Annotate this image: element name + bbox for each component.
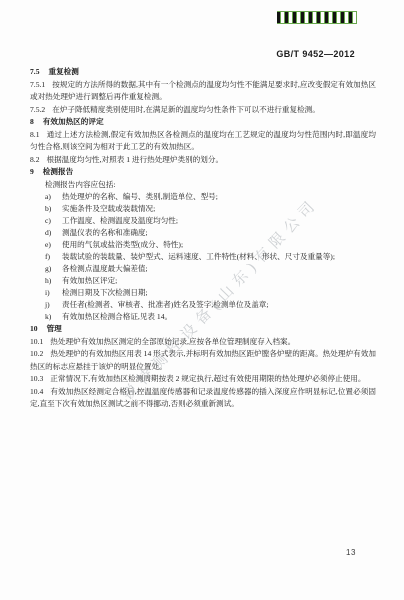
item-label: c) [45, 215, 51, 227]
heading-9: 9检测报告 [30, 166, 376, 179]
item-text: 有效加热区评定; [62, 276, 117, 285]
clause-8-1: 8.1通过上述方法检测,假定有效加热区各检测点的温度均在工艺规定的温度均匀性范围… [30, 129, 376, 154]
item-text: 装载试验的装载量、装炉型式、运料速度、工件特性(材料、形状、尺寸及重量等); [62, 252, 335, 261]
list-item: d)测温仪表的名称和准确度; [30, 227, 376, 239]
clause-10-1: 10.1热处理炉有效加热区测定的全部原始记录,应按各单位管理制度存入档案。 [30, 336, 376, 349]
item-text: 各检测点温度最大偏差值; [62, 264, 148, 273]
clause-number: 7.5.1 [30, 80, 52, 89]
clause-number: 8 [30, 117, 43, 126]
clause-number: 10.4 [30, 387, 50, 396]
list-item: k)有效加热区检测合格证,见表 14。 [30, 311, 376, 323]
clause-text: 根据温度均匀性,对照表 1 进行热处理炉类别的划分。 [47, 155, 224, 164]
list-item: j)责任者(检测者、审核者、批准者)姓名及签字,检测单位及盖章; [30, 299, 376, 311]
item-text: 实施条件及空载或装载情况; [62, 204, 155, 213]
item-label: g) [45, 263, 51, 275]
list-item: a)热处理炉的名称、编号、类别,制造单位、型号; [30, 191, 376, 203]
clause-text: 在炉子降低精度类别使用时,在满足新的温度均匀性条件下可以不进行重复检测。 [52, 105, 320, 114]
clause-number: 10 [30, 324, 47, 333]
clause-10-2: 10.2热处理炉的有效加热区用表 14 形式表示,并标明有效加热区距炉膛各炉壁的… [30, 348, 376, 373]
heading-text: 检测报告 [43, 167, 73, 176]
document-page: GB/T 9452—2012 7.5重复检测 7.5.1按规定的方法所得的数据,… [0, 0, 404, 600]
list-item: h)有效加热区评定; [30, 275, 376, 287]
item-text: 责任者(检测者、审核者、批准者)姓名及签字,检测单位及盖章; [62, 300, 269, 309]
clause-text: 有效加热区经测定合格后,控温温度传感器和记录温度传感器的插入深度应作明显标记,位… [30, 387, 376, 409]
list-item: e)使用的气氛或盐浴类型(成分、特性); [30, 239, 376, 251]
clause-10-4: 10.4有效加热区经测定合格后,控温温度传感器和记录温度传感器的插入深度应作明显… [30, 386, 376, 411]
item-text: 热处理炉的名称、编号、类别,制造单位、型号; [62, 192, 218, 201]
heading-8: 8有效加热区的评定 [30, 116, 376, 129]
clause-text: 热处理炉有效加热区测定的全部原始记录,应按各单位管理制度存入档案。 [50, 337, 295, 346]
heading-text: 管理 [47, 324, 62, 333]
clause-text: 按规定的方法所得的数据,其中有一个检测点的温度均匀性不能满足要求时,应改变假定有… [30, 80, 376, 102]
item-label: i) [45, 287, 50, 299]
standard-code: GB/T 9452—2012 [276, 49, 355, 59]
item-label: e) [45, 239, 51, 251]
page-number: 13 [346, 548, 356, 557]
clause-7-5-1: 7.5.1按规定的方法所得的数据,其中有一个检测点的温度均匀性不能满足要求时,应… [30, 79, 376, 104]
clause-number: 8.2 [30, 155, 47, 164]
list-item: g)各检测点温度最大偏差值; [30, 263, 376, 275]
heading-10: 10管理 [30, 323, 376, 336]
clause-text: 通过上述方法检测,假定有效加热区各检测点的温度均在工艺规定的温度均匀性范围内时,… [30, 130, 376, 152]
item-label: f) [45, 251, 50, 263]
list-item: b)实施条件及空载或装载情况; [30, 203, 376, 215]
list-item: i)检测日期及下次检测日期; [30, 287, 376, 299]
clause-number: 9 [30, 167, 43, 176]
item-text: 有效加热区检测合格证,见表 14。 [62, 312, 172, 321]
document-body: 7.5重复检测 7.5.1按规定的方法所得的数据,其中有一个检测点的温度均匀性不… [30, 66, 376, 411]
heading-text: 重复检测 [49, 67, 79, 76]
clause-text: 正常情况下,有效加热区检测周期按表 2 规定执行,超过有效使用期限的热处理炉必须… [50, 374, 365, 383]
item-label: j) [45, 299, 50, 311]
item-label: h) [45, 275, 51, 287]
heading-text: 有效加热区的评定 [43, 117, 104, 126]
clause-number: 10.3 [30, 374, 50, 383]
item-label: k) [45, 311, 51, 323]
calibration-strip-icon [277, 11, 357, 24]
clause-10-3: 10.3正常情况下,有效加热区检测周期按表 2 规定执行,超过有效使用期限的热处… [30, 373, 376, 386]
list-item: f)装载试验的装载量、装炉型式、运料速度、工件特性(材料、形状、尺寸及重量等); [30, 251, 376, 263]
item-text: 测温仪表的名称和准确度; [62, 228, 148, 237]
item-text: 检测日期及下次检测日期; [62, 288, 148, 297]
list-item: c)工作温度、检测温度及温度均匀性; [30, 215, 376, 227]
heading-7-5: 7.5重复检测 [30, 66, 376, 79]
clause-text: 热处理炉的有效加热区用表 14 形式表示,并标明有效加热区距炉膛各炉壁的距离。热… [30, 349, 376, 371]
clause-number: 10.2 [30, 349, 50, 358]
report-items-list: a)热处理炉的名称、编号、类别,制造单位、型号; b)实施条件及空载或装载情况;… [30, 191, 376, 323]
clause-number: 8.1 [30, 130, 47, 139]
clause-8-2: 8.2根据温度均匀性,对照表 1 进行热处理炉类别的划分。 [30, 154, 376, 167]
report-intro: 检测报告内容应包括: [30, 179, 376, 192]
item-label: b) [45, 203, 51, 215]
clause-7-5-2: 7.5.2在炉子降低精度类别使用时,在满足新的温度均匀性条件下可以不进行重复检测… [30, 104, 376, 117]
clause-number: 10.1 [30, 337, 50, 346]
clause-number: 7.5 [30, 67, 49, 76]
item-label: a) [45, 191, 51, 203]
item-label: d) [45, 227, 51, 239]
clause-number: 7.5.2 [30, 105, 52, 114]
item-text: 工作温度、检测温度及温度均匀性; [62, 216, 178, 225]
item-text: 使用的气氛或盐浴类型(成分、特性); [62, 240, 183, 249]
